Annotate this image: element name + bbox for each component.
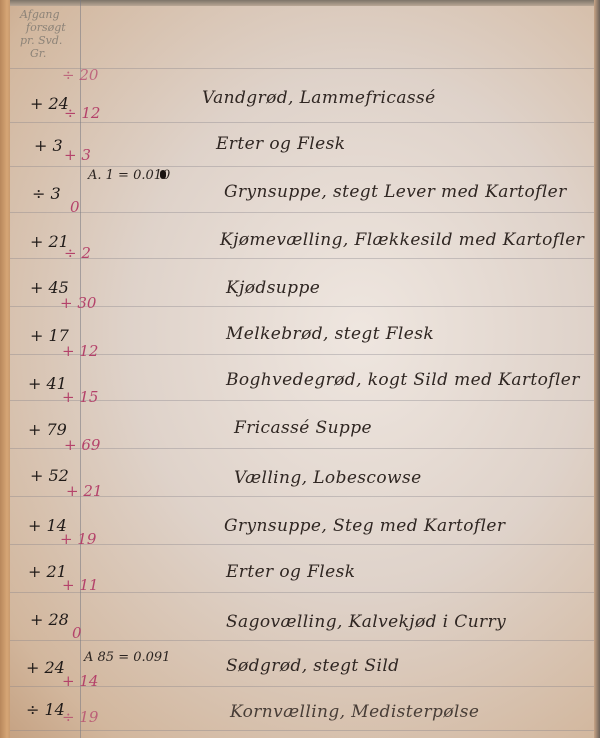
red-value: 0 bbox=[72, 624, 82, 642]
red-value: + 30 bbox=[60, 294, 96, 312]
menu-entry: Sødgrød, stegt Sild bbox=[226, 656, 399, 676]
black-value: + 79 bbox=[28, 420, 67, 439]
ruled-line bbox=[10, 306, 594, 307]
menu-entry: Boghvedegrød, kogt Sild med Kartofler bbox=[226, 370, 580, 390]
red-value: ÷ 12 bbox=[64, 104, 100, 122]
red-value: 0 bbox=[70, 198, 80, 216]
red-value: ÷ 2 bbox=[64, 244, 91, 262]
menu-entry: Vandgrød, Lammefricassé bbox=[202, 88, 436, 108]
red-value: + 21 bbox=[66, 482, 102, 500]
pencil-line: forsøgt bbox=[26, 21, 66, 34]
page-right-edge bbox=[594, 0, 600, 738]
menu-entry: Grynsuppe, Steg med Kartofler bbox=[224, 516, 505, 536]
black-value: + 52 bbox=[30, 466, 69, 485]
ruled-line bbox=[10, 122, 594, 123]
ink-blot bbox=[160, 170, 166, 179]
ruled-line bbox=[10, 730, 594, 731]
pencil-line: Afgang bbox=[20, 8, 66, 21]
ruled-line bbox=[10, 640, 594, 641]
annotation-a1: A. 1 = 0.010 bbox=[88, 168, 170, 183]
black-value: ÷ 3 bbox=[32, 184, 61, 203]
pencil-header-note: Afgang forsøgt pr. Svd. Gr. bbox=[20, 8, 66, 60]
page-binding-edge bbox=[0, 0, 10, 738]
ruled-line bbox=[10, 544, 594, 545]
menu-entry: Vælling, Lobescowse bbox=[234, 468, 422, 488]
ruled-line bbox=[10, 212, 594, 213]
ledger-page: Afgang forsøgt pr. Svd. Gr. ÷ 20 + 24 ÷ … bbox=[0, 0, 600, 738]
black-value: + 28 bbox=[30, 610, 69, 629]
ruled-line bbox=[10, 166, 594, 167]
menu-entry: Kornvælling, Medisterpølse bbox=[230, 702, 479, 722]
red-value: + 3 bbox=[64, 146, 91, 164]
red-value: + 14 bbox=[62, 672, 98, 690]
red-value: ÷ 19 bbox=[62, 708, 98, 726]
annotation-a85: A 85 = 0.091 bbox=[84, 650, 170, 665]
ruled-line bbox=[10, 258, 594, 259]
black-value: + 24 bbox=[26, 658, 65, 677]
pencil-line: pr. Svd. bbox=[20, 34, 66, 47]
menu-entry: Erter og Flesk bbox=[226, 562, 355, 582]
red-value: + 69 bbox=[64, 436, 100, 454]
black-value: ÷ 14 bbox=[26, 700, 65, 719]
pencil-line: Gr. bbox=[30, 47, 66, 60]
first-red-value: ÷ 20 bbox=[62, 66, 98, 84]
menu-entry: Melkebrød, stegt Flesk bbox=[226, 324, 434, 344]
red-value: + 15 bbox=[62, 388, 98, 406]
menu-entry: Kjømevælling, Flækkesild med Kartofler bbox=[220, 230, 584, 250]
red-value: + 19 bbox=[60, 530, 96, 548]
red-value: + 12 bbox=[62, 342, 98, 360]
page-top-edge bbox=[0, 0, 600, 6]
menu-entry: Erter og Flesk bbox=[216, 134, 345, 154]
menu-entry: Grynsuppe, stegt Lever med Kartofler bbox=[224, 182, 567, 202]
menu-entry: Sagovælling, Kalvekjød i Curry bbox=[226, 612, 506, 632]
black-value: + 3 bbox=[34, 136, 63, 155]
menu-entry: Fricassé Suppe bbox=[234, 418, 372, 438]
menu-entry: Kjødsuppe bbox=[226, 278, 320, 298]
red-value: + 11 bbox=[62, 576, 98, 594]
